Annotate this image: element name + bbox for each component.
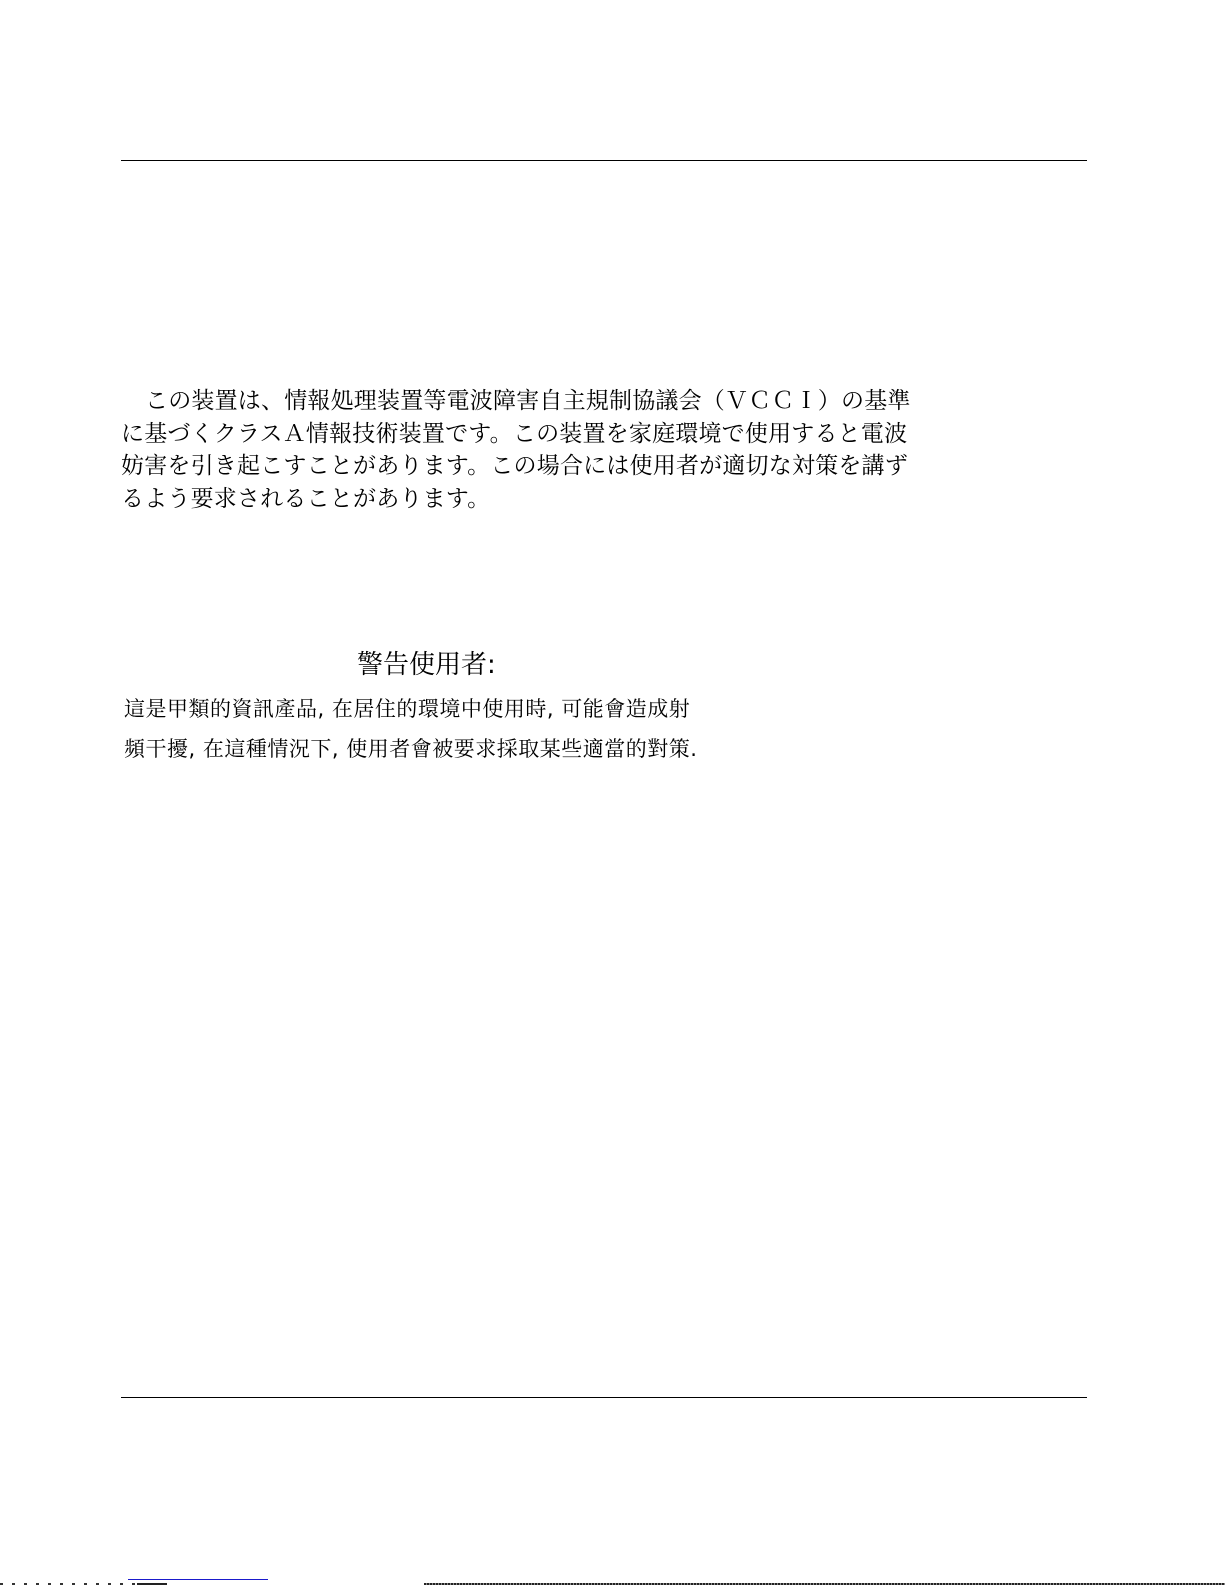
bsmi-warning-line-1: 這是甲類的資訊產品, 在居住的環境中使用時, 可能會造成射 (124, 695, 690, 723)
vcci-notice-line-4: るよう要求されることがあります。 (121, 483, 921, 516)
header-divider (121, 160, 1087, 161)
vcci-notice-line-1: この装置は、情報処理装置等電波障害自主規制協議会（ＶＣＣＩ）の基準 (121, 385, 921, 418)
scan-artifact-underline (128, 1579, 268, 1580)
footer-divider (121, 1397, 1087, 1398)
vcci-notice-line-3: 妨害を引き起こすことがあります。この場合には使用者が適切な対策を講ず (121, 450, 921, 483)
vcci-notice-line-2: に基づくクラスＡ情報技術装置です。この装置を家庭環境で使用すると電波 (121, 418, 921, 451)
bsmi-warning-line-2: 頻干擾, 在這種情況下, 使用者會被要求採取某些適當的對策. (124, 735, 697, 763)
bsmi-warning-title: 警告使用者: (357, 648, 496, 682)
vcci-japanese-notice: この装置は、情報処理装置等電波障害自主規制協議会（ＶＣＣＩ）の基準 に基づくクラ… (121, 385, 921, 515)
